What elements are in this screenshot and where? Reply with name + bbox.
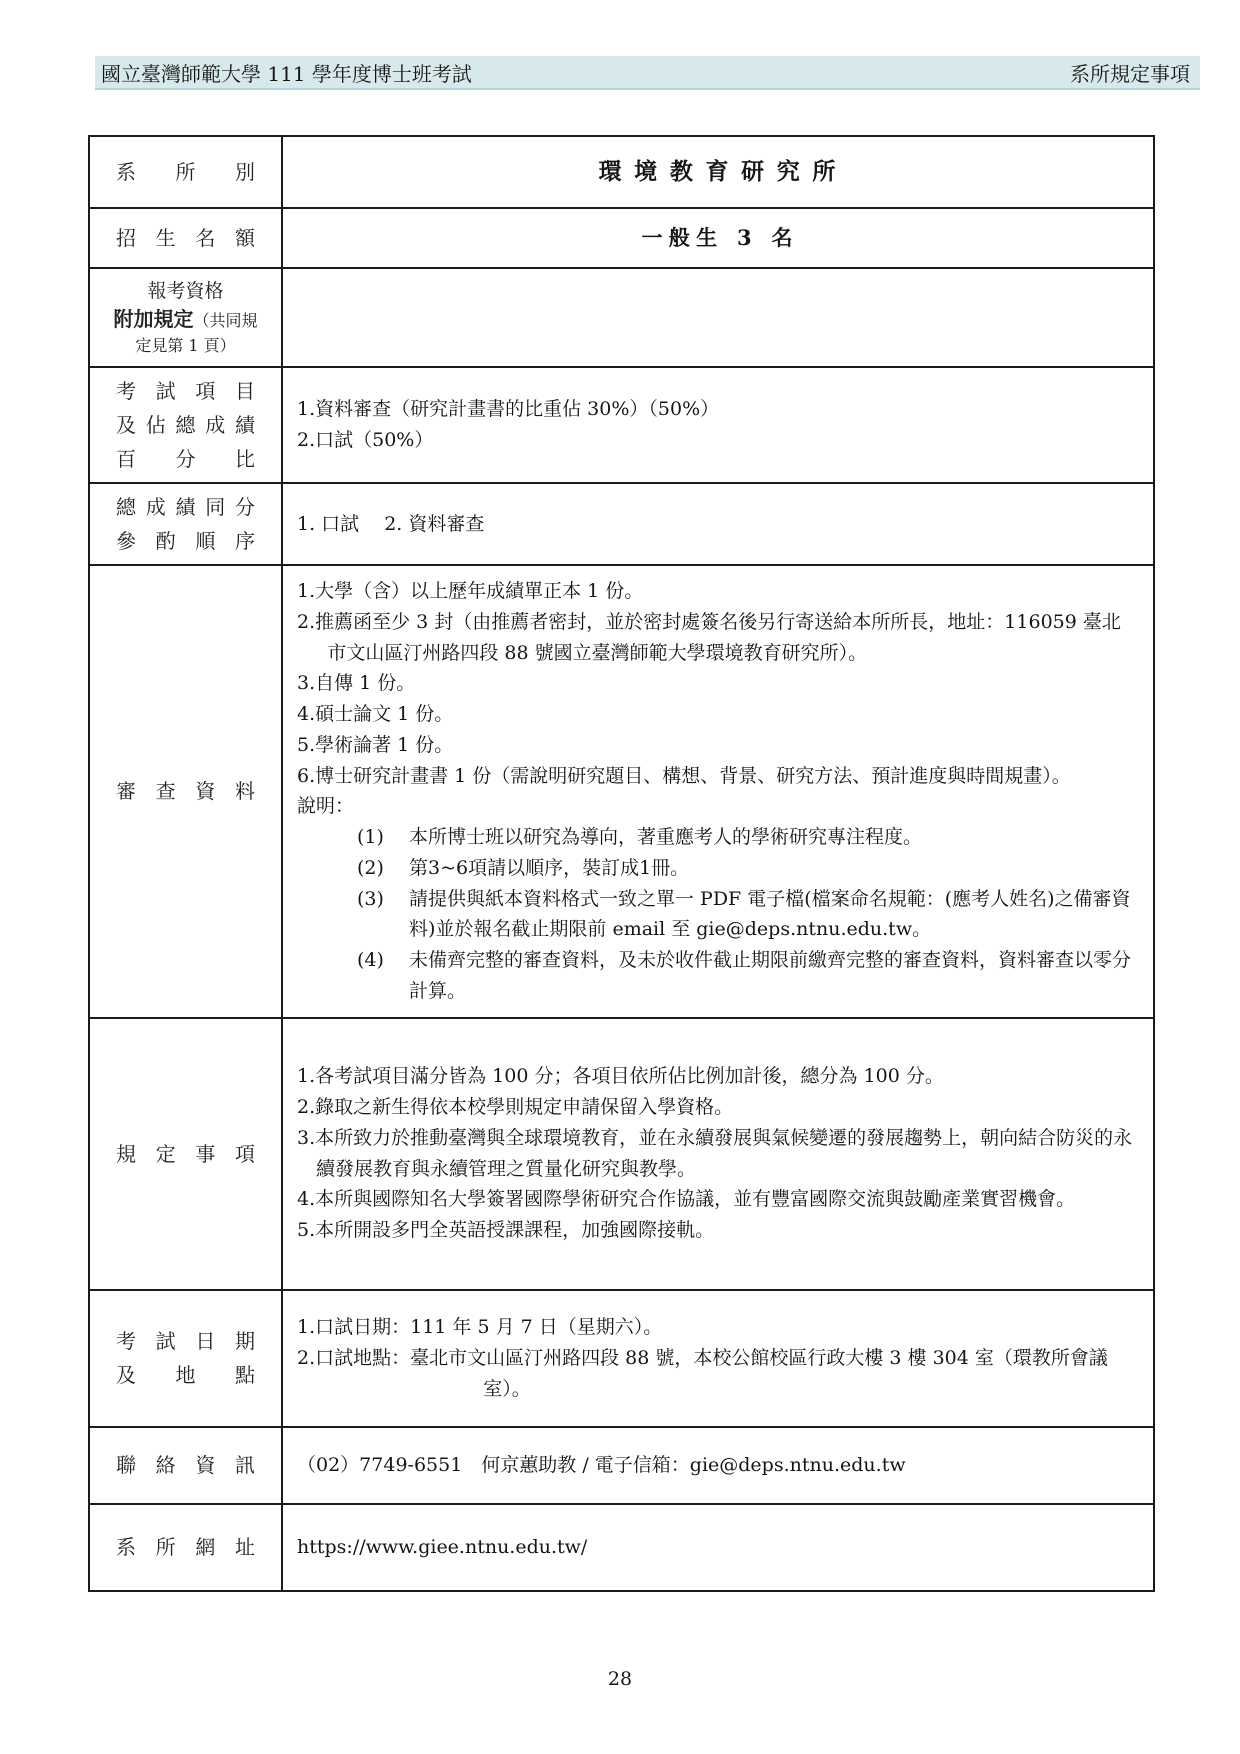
regulations-label-cell: 規定事項 — [90, 1019, 283, 1289]
exam-items-label-cell: 考試項目 及佔總成績 百分比 — [90, 368, 283, 482]
website-value-cell: https://www.giee.ntnu.edu.tw/ — [283, 1505, 1153, 1590]
review-item: 5.學術論著 1 份。 — [297, 730, 1137, 761]
review-note: (1) 本所博士班以研究為導向，著重應考人的學術研究專注程度。 — [297, 822, 1137, 853]
tiebreak-value-cell: 1. 口試 2. 資料審查 — [283, 484, 1153, 564]
website-label: 系所網址 — [116, 1530, 255, 1564]
review-note-number: (1) — [357, 822, 395, 853]
quota-value: 一般生 3 名 — [635, 221, 799, 255]
review-item: 3.自傳 1 份。 — [297, 668, 1137, 699]
review-note-number: (2) — [357, 853, 395, 884]
row-tiebreak: 總成績同分 參酌順序 1. 口試 2. 資料審查 — [90, 482, 1153, 564]
tiebreak-value: 1. 口試 2. 資料審查 — [297, 509, 1137, 540]
tiebreak-label-line: 參酌順序 — [116, 524, 255, 558]
tiebreak-label-cell: 總成績同分 參酌順序 — [90, 484, 283, 564]
review-note-text: 第3~6項請以順序，裝訂成1冊。 — [409, 853, 1137, 884]
review-note: (2) 第3~6項請以順序，裝訂成1冊。 — [297, 853, 1137, 884]
exam-schedule-label-line: 考試日期 — [116, 1324, 255, 1358]
review-note: (3) 請提供與紙本資料格式一致之單一 PDF 電子檔(檔案命名規範：(應考人姓… — [297, 884, 1137, 946]
review-note: (4) 未備齊完整的審查資料，及未於收件截止期限前繳齊完整的審查資料，資料審查以… — [297, 945, 1137, 1007]
exam-schedule-label-line: 及地點 — [116, 1358, 255, 1392]
eligibility-label-bold: 附加規定 — [113, 307, 193, 331]
exam-item: 2.口試（50%） — [297, 425, 1137, 456]
website-label-cell: 系所網址 — [90, 1505, 283, 1590]
review-note-heading: 說明： — [297, 791, 1137, 822]
quota-label-cell: 招生名額 — [90, 209, 283, 267]
review-item: 1.大學（含）以上歷年成績單正本 1 份。 — [297, 576, 1137, 607]
row-eligibility: 報考資格 附加規定（共同規定見第 1 頁） — [90, 267, 1153, 366]
eligibility-label: 報考資格 附加規定（共同規定見第 1 頁） — [108, 278, 263, 358]
contact-value-cell: （02）7749-6551 何京蕙助教 / 電子信箱：gie@deps.ntnu… — [283, 1428, 1153, 1503]
quota-value-cell: 一般生 3 名 — [283, 209, 1153, 267]
regulation-item: 1.各考試項目滿分皆為 100 分；各項目依所佔比例加計後，總分為 100 分。 — [297, 1061, 1137, 1092]
department-label: 系所別 — [116, 155, 255, 189]
page-header: 國立臺灣師範大學 111 學年度博士班考試 系所規定事項 — [95, 56, 1200, 90]
eligibility-value-cell — [283, 269, 1153, 366]
exam-items-label-line: 及佔總成績 — [116, 408, 255, 442]
row-review-documents: 審查資料 1.大學（含）以上歷年成績單正本 1 份。 2.推薦函至少 3 封（由… — [90, 564, 1153, 1017]
tiebreak-label-line: 總成績同分 — [116, 490, 255, 524]
review-label-cell: 審查資料 — [90, 566, 283, 1017]
department-label-cell: 系所別 — [90, 137, 283, 207]
review-note-text: 本所博士班以研究為導向，著重應考人的學術研究專注程度。 — [409, 822, 1137, 853]
contact-label-cell: 聯絡資訊 — [90, 1428, 283, 1503]
exam-schedule-item: 2.口試地點：臺北市文山區汀州路四段 88 號，本校公館校區行政大樓 3 樓 3… — [297, 1343, 1137, 1405]
row-regulations: 規定事項 1.各考試項目滿分皆為 100 分；各項目依所佔比例加計後，總分為 1… — [90, 1017, 1153, 1289]
exam-item: 1.資料審查（研究計畫書的比重佔 30%）（50%） — [297, 394, 1137, 425]
row-quota: 招生名額 一般生 3 名 — [90, 207, 1153, 267]
row-website: 系所網址 https://www.giee.ntnu.edu.tw/ — [90, 1503, 1153, 1590]
exam-schedule-label-cell: 考試日期 及地點 — [90, 1291, 283, 1426]
eligibility-label-cell: 報考資格 附加規定（共同規定見第 1 頁） — [90, 269, 283, 366]
regulation-item: 5.本所開設多門全英語授課課程，加強國際接軌。 — [297, 1215, 1137, 1246]
row-exam-items: 考試項目 及佔總成績 百分比 1.資料審查（研究計畫書的比重佔 30%）（50%… — [90, 366, 1153, 482]
regulations-label: 規定事項 — [116, 1137, 255, 1171]
regulations-value-cell: 1.各考試項目滿分皆為 100 分；各項目依所佔比例加計後，總分為 100 分。… — [283, 1019, 1153, 1289]
regulation-item: 2.錄取之新生得依本校學則規定申請保留入學資格。 — [297, 1092, 1137, 1123]
review-note-text: 未備齊完整的審查資料，及未於收件截止期限前繳齊完整的審查資料，資料審查以零分計算… — [409, 945, 1137, 1007]
row-exam-schedule: 考試日期 及地點 1.口試日期：111 年 5 月 7 日（星期六）。 2.口試… — [90, 1289, 1153, 1426]
contact-value: （02）7749-6551 何京蕙助教 / 電子信箱：gie@deps.ntnu… — [297, 1450, 1137, 1481]
quota-label: 招生名額 — [116, 221, 255, 255]
contact-label: 聯絡資訊 — [116, 1448, 255, 1482]
header-title-left: 國立臺灣師範大學 111 學年度博士班考試 — [101, 58, 472, 87]
review-item: 4.碩士論文 1 份。 — [297, 699, 1137, 730]
page-number: 28 — [0, 1668, 1240, 1690]
exam-schedule-value-cell: 1.口試日期：111 年 5 月 7 日（星期六）。 2.口試地點：臺北市文山區… — [283, 1291, 1153, 1426]
review-value-cell: 1.大學（含）以上歷年成績單正本 1 份。 2.推薦函至少 3 封（由推薦者密封… — [283, 566, 1153, 1017]
row-contact: 聯絡資訊 （02）7749-6551 何京蕙助教 / 電子信箱：gie@deps… — [90, 1426, 1153, 1503]
eligibility-label-line1: 報考資格 — [147, 280, 223, 302]
regulation-item: 3.本所致力於推動臺灣與全球環境教育，並在永續發展與氣候變遷的發展趨勢上，朝向結… — [297, 1123, 1137, 1185]
regulation-item: 4.本所與國際知名大學簽署國際學術研究合作協議，並有豐富國際交流與鼓勵產業實習機… — [297, 1184, 1137, 1215]
review-note-number: (4) — [357, 945, 395, 1007]
website-url-link[interactable]: https://www.giee.ntnu.edu.tw/ — [297, 1532, 1137, 1563]
review-label: 審查資料 — [116, 774, 255, 808]
exam-items-label-line: 百分比 — [116, 442, 255, 476]
review-note-number: (3) — [357, 884, 395, 946]
row-department: 系所別 環境教育研究所 — [90, 137, 1153, 207]
header-title-right: 系所規定事項 — [1070, 58, 1190, 87]
department-value: 環境教育研究所 — [586, 153, 848, 190]
exam-schedule-item: 1.口試日期：111 年 5 月 7 日（星期六）。 — [297, 1312, 1137, 1343]
department-value-cell: 環境教育研究所 — [283, 137, 1153, 207]
review-note-text: 請提供與紙本資料格式一致之單一 PDF 電子檔(檔案命名規範：(應考人姓名)之備… — [409, 884, 1137, 946]
regulations-table: 系所別 環境教育研究所 招生名額 一般生 3 名 報考資格 附加規定（共同規定見… — [88, 135, 1155, 1592]
review-item: 2.推薦函至少 3 封（由推薦者密封，並於密封處簽名後另行寄送給本所所長，地址：… — [297, 607, 1137, 669]
exam-items-value-cell: 1.資料審查（研究計畫書的比重佔 30%）（50%） 2.口試（50%） — [283, 368, 1153, 482]
exam-items-label-line: 考試項目 — [116, 374, 255, 408]
review-item: 6.博士研究計畫書 1 份（需說明研究題目、構想、背景、研究方法、預計進度與時間… — [297, 761, 1137, 792]
